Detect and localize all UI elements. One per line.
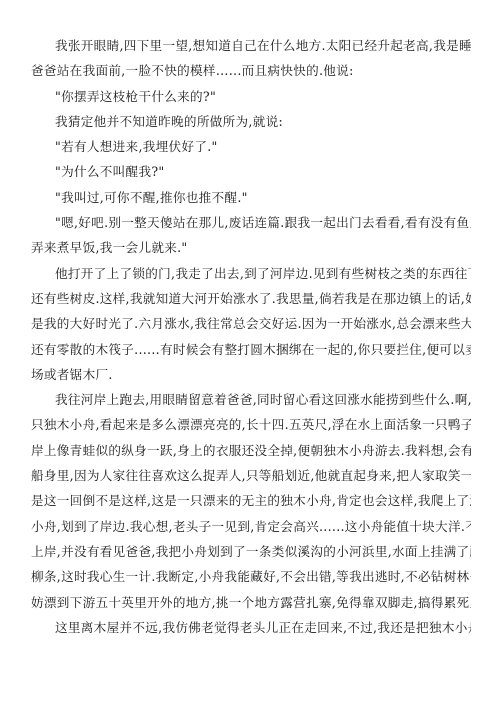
text-line: 岸上像青蛙似的纵身一跃,身上的衣服还没全掉,便朝独木小舟游去.我料想,会有人躺在	[31, 438, 471, 463]
text-line: "我叫过,可你不醒,推你也推不醒."	[31, 185, 471, 210]
document-page: 我张开眼睛,四下里一望,想知道自己在什么地方.太阳已经升起老高,我是睡熟了. 爸…	[31, 33, 471, 640]
text-line: 是这一回倒不是这样,这是一只漂来的无主的独木小舟,肯定也会这样,我爬上了这独木	[31, 488, 471, 513]
text-line: 场或者锯木厂.	[31, 362, 471, 387]
text-line: 我猜定他并不知道昨晚的所做所为,就说:	[31, 109, 471, 134]
text-line: 还有零散的木筏子......有时候会有整打圆木捆绑在一起的,你只要拦住,便可以卖…	[31, 337, 471, 362]
text-line: "嗯,好吧.别一整天傻站在那儿,废话连篇.跟我一起出门去看看,看有没有鱼上钩,好	[31, 210, 471, 235]
text-line: 妨漂到下游五十英里开外的地方,挑一个地方露营扎寨,免得靠双脚走,搞得累死累活的.	[31, 590, 471, 615]
text-line: 柳条,这时我心生一计.我断定,小舟我能藏好,不会出错,等我出逃时,不必钻树林子了…	[31, 564, 471, 589]
text-line: 是我的大好时光了.六月涨水,我往常总会交好运.因为一开始涨水,总会漂来些大木料,	[31, 311, 471, 336]
text-line: "为什么不叫醒我?"	[31, 159, 471, 184]
text-line: 这里离木屋并不远,我仿佛老觉得老头儿正在走回来,不过,我还是把独木小舟给隐	[31, 615, 471, 640]
text-line: "你摆弄这枝枪干什么来的?"	[31, 84, 471, 109]
text-line: 我往河岸上跑去,用眼睛留意着爸爸,同时留心看这回涨水能捞到些什么.啊,但见一	[31, 387, 471, 412]
text-line: 他打开了上了锁的门,我走了出去,到了河岸边.见到有些树枝之类的东西往下漂去,	[31, 261, 471, 286]
text-line: 只独木小舟,看起来是多么漂漂亮亮的,长十四.五英尺,浮在水上面活象一只鸭子.我从	[31, 412, 471, 437]
text-line: "若有人想进来,我埋伏好了."	[31, 134, 471, 159]
text-line: 还有些树皮.这样,我就知道大河开始涨水了.我思量,倘若我是在那边镇上的话,如今该	[31, 286, 471, 311]
text-line: 我张开眼睛,四下里一望,想知道自己在什么地方.太阳已经升起老高,我是睡熟了.	[31, 33, 471, 58]
text-line: 弄来煮早饭,我一会儿就来."	[31, 235, 471, 260]
text-line: 小舟,划到了岸边.我心想,老头子一见到,肯定会高兴......这小舟能值十块大洋…	[31, 514, 471, 539]
text-line: 爸爸站在我面前,一脸不快的模样......而且病快快的.他说:	[31, 58, 471, 83]
text-line: 上岸,并没有看见爸爸,我把小舟划到了一条类似溪沟的小河浜里,水面上挂满了藤萝和	[31, 539, 471, 564]
text-line: 船身里,因为人家往往喜欢这么捉弄人,只等船划近,他就直起身来,把人家取笑一番.可	[31, 463, 471, 488]
